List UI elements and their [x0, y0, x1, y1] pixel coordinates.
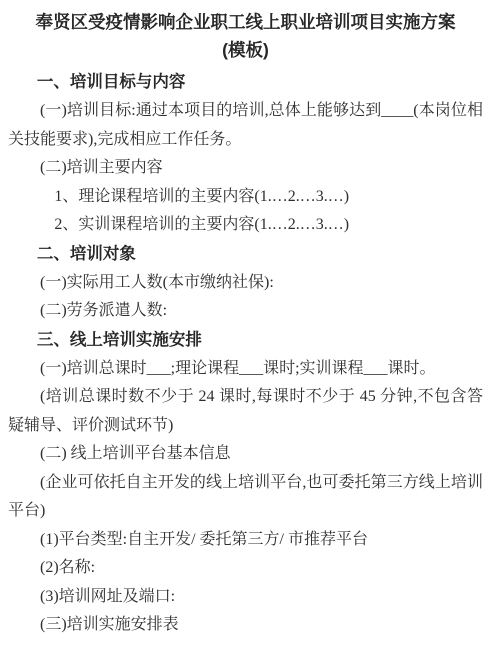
list-item-practical-course: 2、实训课程培训的主要内容(1.…2.…3.…): [8, 211, 483, 240]
paragraph-platform-url: (3)培训网址及端口:: [8, 583, 483, 612]
document-title: 奉贤区受疫情影响企业职工线上职业培训项目实施方案: [8, 8, 483, 36]
paragraph-hours-note: (培训总课时数不少于 24 课时,每课时不少于 45 分钟,不包含答疑辅导、评价…: [8, 383, 483, 440]
paragraph-platform-info: (二) 线上培训平台基本信息: [8, 440, 483, 469]
paragraph-platform-name: (2)名称:: [8, 554, 483, 583]
paragraph-platform-type: (1)平台类型:自主开发/ 委托第三方/ 市推荐平台: [8, 526, 483, 555]
section-heading-3: 三、线上培训实施安排: [8, 326, 483, 355]
document-subtitle: (模板): [8, 36, 483, 64]
paragraph-training-content: (二)培训主要内容: [8, 154, 483, 183]
list-item-theory-course: 1、理论课程培训的主要内容(1.…2.…3.…): [8, 183, 483, 212]
paragraph-dispatched-workers: (二)劳务派遣人数:: [8, 297, 483, 326]
section-heading-1: 一、培训目标与内容: [8, 68, 483, 97]
paragraph-actual-employees: (一)实际用工人数(本市缴纳社保):: [8, 269, 483, 298]
section-heading-2: 二、培训对象: [8, 240, 483, 269]
paragraph-training-goal: (一)培训目标:通过本项目的培训,总体上能够达到____(本岗位相关技能要求),…: [8, 97, 483, 154]
paragraph-schedule-table: (三)培训实施安排表: [8, 611, 483, 640]
paragraph-total-hours: (一)培训总课时___;理论课程___课时;实训课程___课时。: [8, 355, 483, 384]
paragraph-platform-note: (企业可依托自主开发的线上培训平台,也可委托第三方线上培训平台): [8, 469, 483, 526]
document-page: 奉贤区受疫情影响企业职工线上职业培训项目实施方案 (模板) 一、培训目标与内容 …: [0, 0, 493, 649]
